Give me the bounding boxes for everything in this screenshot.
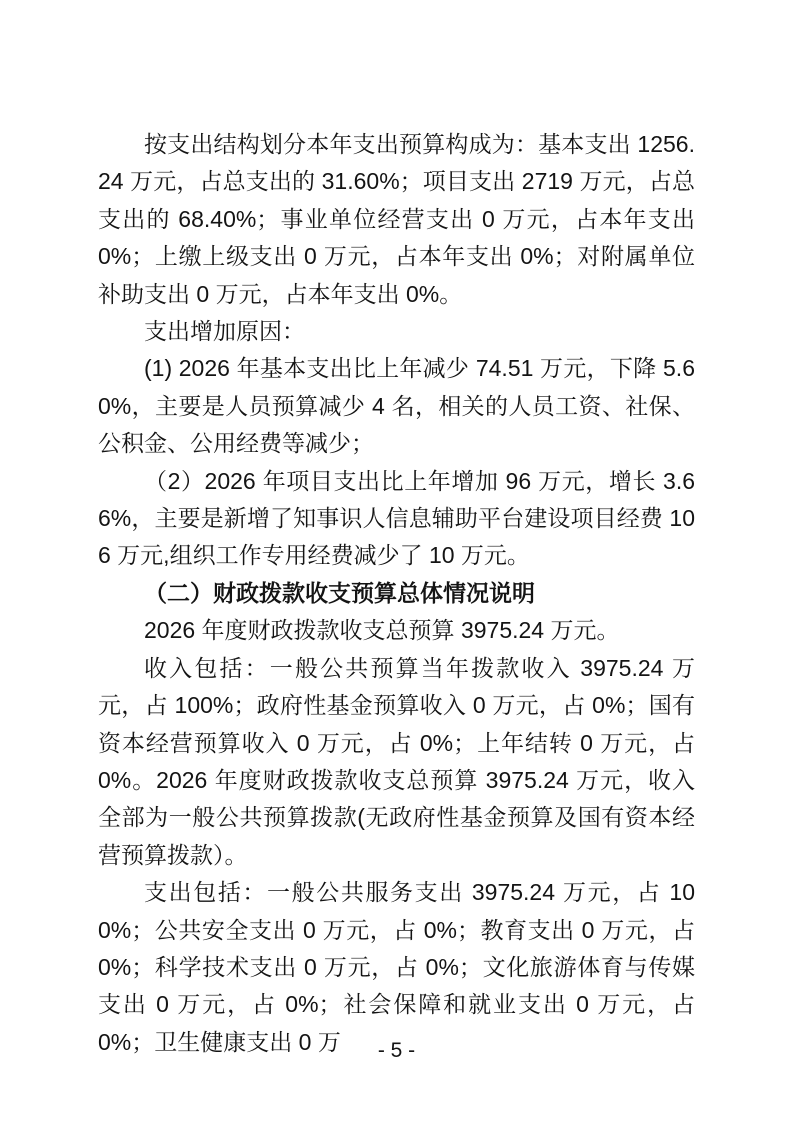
page-number: - 5 - <box>378 1039 415 1062</box>
body-paragraph: 收入包括：一般公共预算当年拨款收入 3975.24 万元，占 100%；政府性基… <box>98 650 695 874</box>
document-body: 按支出结构划分本年支出预算构成为：基本支出 1256.24 万元，占总支出的 3… <box>98 126 695 1061</box>
page-footer: - 5 - <box>0 1038 793 1064</box>
body-paragraph: （2）2026 年项目支出比上年增加 96 万元，增长 3.66%，主要是新增了… <box>98 463 695 575</box>
body-paragraph: 2026 年度财政拨款收支总预算 3975.24 万元。 <box>98 612 695 649</box>
body-paragraph: 按支出结构划分本年支出预算构成为：基本支出 1256.24 万元，占总支出的 3… <box>98 126 695 313</box>
body-paragraph: 支出增加原因： <box>98 313 695 350</box>
section-heading: （二）财政拨款收支预算总体情况说明 <box>98 575 695 612</box>
body-paragraph: 支出包括：一般公共服务支出 3975.24 万元，占 100%；公共安全支出 0… <box>98 874 695 1061</box>
document-page: 按支出结构划分本年支出预算构成为：基本支出 1256.24 万元，占总支出的 3… <box>0 0 793 1121</box>
body-paragraph: (1) 2026 年基本支出比上年减少 74.51 万元，下降 5.60%，主要… <box>98 350 695 462</box>
